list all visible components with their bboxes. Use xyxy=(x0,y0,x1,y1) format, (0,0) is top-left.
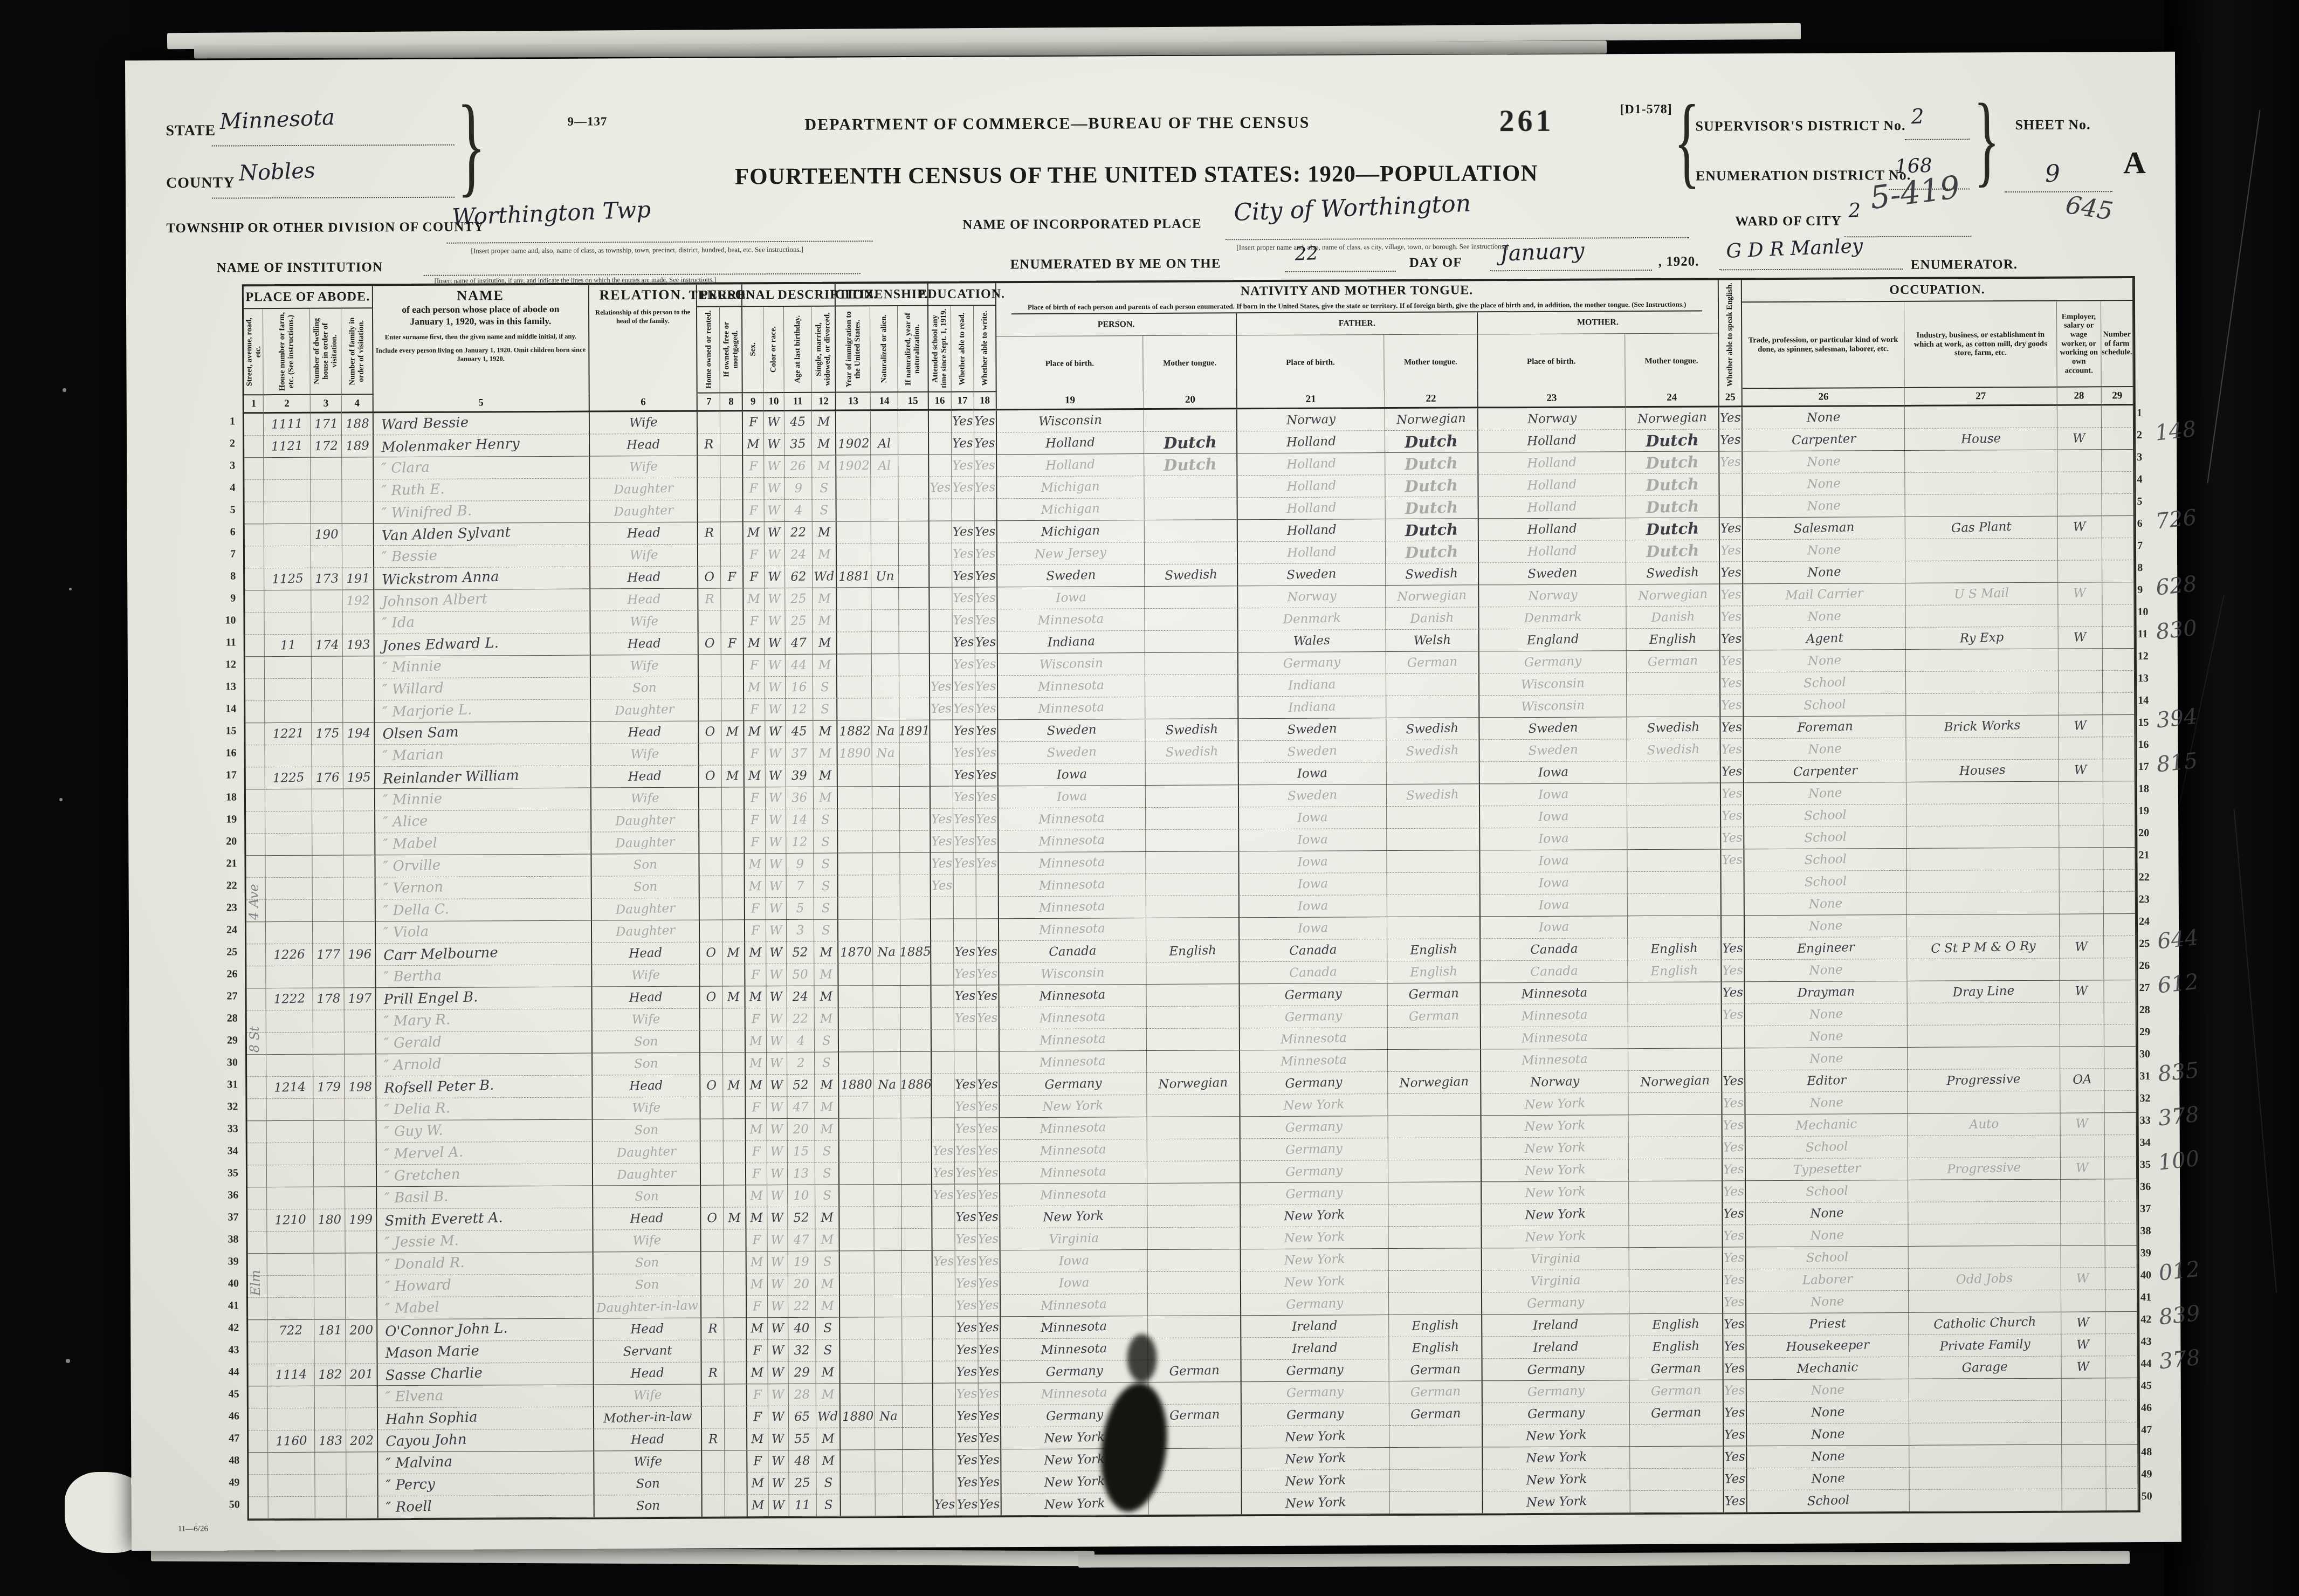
census-cell: W xyxy=(768,1384,788,1406)
census-cell: Yes xyxy=(1720,672,1744,694)
cell-text: Dutch xyxy=(1646,519,1699,539)
census-cell: Yes xyxy=(956,1494,979,1516)
census-cell: Holland xyxy=(1237,431,1385,453)
cell-text: 52 xyxy=(793,1078,809,1092)
cell-text: 25 xyxy=(790,591,807,606)
cell-text: Minnesota xyxy=(1041,1386,1107,1402)
census-cell: Yes xyxy=(976,808,999,830)
cell-text: ″ Winifred B. xyxy=(381,503,472,521)
cell-text: Yes xyxy=(1722,853,1743,868)
cell-text: M xyxy=(727,946,740,960)
county-value: Nobles xyxy=(238,158,315,186)
census-cell: Yes xyxy=(978,1272,1000,1295)
census-cell xyxy=(313,900,345,922)
census-cell: S xyxy=(815,1030,839,1052)
cell-text: Yes xyxy=(978,1144,999,1158)
census-cell: S xyxy=(815,1251,840,1274)
census-cell: New York xyxy=(1242,1426,1389,1448)
cell-text: ″ Percy xyxy=(386,1476,435,1494)
cell-text: Garage xyxy=(1962,1360,2008,1375)
census-cell xyxy=(267,1187,314,1209)
group-desc: January 1, 1920, was in this family. xyxy=(410,315,551,328)
census-cell: 200 xyxy=(346,1319,378,1342)
cell-text: ″ Orville xyxy=(383,857,441,875)
census-cell: ″ Mabel xyxy=(377,1297,594,1320)
cell-text: M xyxy=(817,547,830,562)
cell-text: Norwegian xyxy=(1637,410,1707,426)
census-cell: M xyxy=(746,1119,767,1141)
census-cell: F xyxy=(721,566,744,588)
census-cell xyxy=(1388,1226,1482,1249)
cell-text: Yes xyxy=(956,1475,978,1490)
census-cell: German xyxy=(1389,1381,1482,1404)
census-cell xyxy=(269,1453,315,1475)
cell-text: Welsh xyxy=(1413,633,1451,648)
census-cell xyxy=(838,919,873,941)
census-cell: Yes xyxy=(953,653,975,676)
census-cell: O xyxy=(699,765,722,787)
cell-text: Wisconsin xyxy=(1038,413,1102,429)
census-cell: W xyxy=(766,876,786,898)
census-cell: Head xyxy=(594,1363,702,1385)
census-cell: C St P M & O Ry xyxy=(1907,937,2060,959)
row-number-left: 19 xyxy=(212,813,237,825)
cell-text: Yes xyxy=(974,414,995,429)
cell-text: W xyxy=(769,924,782,938)
cell-text: Germany xyxy=(1285,1075,1343,1091)
census-cell: Dutch xyxy=(1385,452,1478,475)
census-cell xyxy=(725,1362,747,1384)
census-cell xyxy=(900,919,931,941)
cell-text: Yes xyxy=(979,1365,1000,1379)
census-cell xyxy=(312,745,344,767)
census-cell xyxy=(1628,982,1722,1005)
census-cell xyxy=(1145,652,1238,675)
census-cell xyxy=(875,1384,903,1406)
census-cell: Al xyxy=(871,433,898,455)
cell-text: 13 xyxy=(793,1166,809,1181)
census-cell: M xyxy=(813,721,838,743)
census-cell xyxy=(2059,693,2103,715)
census-cell xyxy=(346,1253,377,1275)
census-cell: W xyxy=(766,1030,787,1052)
census-cell: M xyxy=(747,1274,767,1296)
cell-text: German xyxy=(1408,1008,1459,1024)
cell-text: Germany xyxy=(1286,1385,1344,1400)
cell-text: Head xyxy=(628,725,662,740)
cell-text: Yes xyxy=(1721,720,1742,735)
cell-text: None xyxy=(1809,919,1843,934)
cell-text: Yes xyxy=(976,967,997,981)
cell-text: M xyxy=(821,1299,834,1313)
census-cell: Indiana xyxy=(997,631,1145,653)
census-cell: 20 xyxy=(788,1274,816,1296)
cell-text: German xyxy=(1408,986,1459,1002)
nativity-subgroup: MOTHER.Place of birth.Mother tongue. xyxy=(1478,311,1718,390)
census-cell: 26 xyxy=(784,456,812,478)
census-cell: Holland xyxy=(1238,519,1386,542)
census-cell: Yes xyxy=(1723,1181,1746,1203)
cell-text: M xyxy=(820,1100,833,1115)
census-cell: 183 xyxy=(315,1430,347,1453)
row-number-left: 17 xyxy=(212,769,237,781)
census-cell: Swedish xyxy=(1386,563,1479,586)
census-cell: Yes xyxy=(955,1361,978,1383)
census-cell: None xyxy=(1745,1003,1908,1026)
census-cell xyxy=(311,480,342,502)
census-cell xyxy=(1629,1115,1722,1137)
cell-text: R xyxy=(705,526,714,540)
census-cell: Yes xyxy=(932,1140,955,1162)
cell-text: Holland xyxy=(1286,478,1337,494)
census-cell xyxy=(872,610,899,632)
census-cell: Germany xyxy=(1483,1380,1630,1403)
cell-text: Yes xyxy=(954,856,975,871)
census-cell xyxy=(698,544,721,566)
census-cell: W xyxy=(765,632,785,655)
cell-text: Ireland xyxy=(1292,1340,1338,1356)
rule xyxy=(446,240,872,243)
cell-text: None xyxy=(1811,1405,1845,1420)
census-cell xyxy=(701,1296,724,1318)
census-cell xyxy=(1145,542,1238,565)
census-cell: Wisconsin xyxy=(1479,695,1627,718)
cell-text: School xyxy=(1806,1184,1848,1199)
census-cell xyxy=(933,1317,955,1339)
cell-text: Holland xyxy=(1286,500,1337,516)
census-cell xyxy=(1388,1204,1482,1227)
cell-text: 201 xyxy=(349,1367,374,1382)
street-name-note: Elm xyxy=(247,1185,263,1296)
census-cell: Editor xyxy=(1746,1070,1908,1092)
column-label-text: House number or farm, etc. (See instruct… xyxy=(278,311,295,393)
cell-text: Carr Melbourne xyxy=(383,945,498,964)
row-number-right: 26 xyxy=(2139,960,2164,972)
census-cell xyxy=(872,698,899,720)
cell-text: Wisconsin xyxy=(1521,676,1585,692)
cell-text: 182 xyxy=(318,1367,342,1382)
cell-text: Typesetter xyxy=(1793,1161,1861,1178)
census-cell: Iowa xyxy=(1240,851,1387,873)
census-cell xyxy=(976,897,999,919)
census-cell xyxy=(345,1165,377,1187)
census-cell: S xyxy=(816,1340,841,1362)
census-cell: Smith Everett A. xyxy=(377,1208,593,1232)
cell-text: Germany xyxy=(1045,1364,1103,1379)
cell-text: W xyxy=(768,725,781,739)
row-number-left: 34 xyxy=(214,1145,238,1157)
census-cell xyxy=(700,1008,723,1030)
census-cell: Yes xyxy=(977,1118,1000,1140)
census-cell: Indiana xyxy=(1238,696,1386,719)
cell-text: Dutch xyxy=(1646,474,1699,494)
cell-text: F xyxy=(752,1233,761,1247)
row-number-left: 32 xyxy=(213,1100,238,1113)
census-cell: Swedish xyxy=(1626,562,1719,584)
census-cell xyxy=(1387,917,1481,939)
census-cell: Holland xyxy=(1478,474,1626,497)
cell-text: Minnesota xyxy=(1039,899,1105,916)
cell-text: German xyxy=(1169,1407,1220,1423)
cell-text: None xyxy=(1808,786,1842,801)
census-cell: M xyxy=(813,610,837,632)
row-number-right: 36 xyxy=(2140,1181,2165,1193)
cell-text: None xyxy=(1807,565,1841,580)
cell-text: S xyxy=(820,503,829,517)
census-cell: W xyxy=(2061,1157,2105,1179)
cell-text: Sweden xyxy=(1286,567,1337,582)
census-cell: 47 xyxy=(787,1097,815,1119)
census-cell xyxy=(974,499,997,521)
census-cell xyxy=(342,546,374,568)
cell-text: Iowa xyxy=(1298,921,1329,936)
column-label-text: Street, avenue, road, etc. xyxy=(245,311,263,393)
census-cell: Son xyxy=(594,1473,703,1496)
cell-text: German xyxy=(1651,1383,1702,1399)
census-cell: Yes xyxy=(952,521,974,543)
census-cell: Dutch xyxy=(1626,451,1719,474)
census-cell: S xyxy=(815,1141,840,1163)
cell-text: Na xyxy=(876,724,895,739)
census-cell xyxy=(1906,693,2059,716)
group-title: RELATION. xyxy=(599,287,686,304)
census-cell xyxy=(930,654,953,676)
census-cell xyxy=(2103,870,2136,892)
census-cell: M xyxy=(722,721,745,743)
census-cell xyxy=(2061,1290,2105,1312)
cell-text: Wickstrom Anna xyxy=(382,569,499,588)
cell-text: C St P M & O Ry xyxy=(1930,939,2035,956)
census-cell xyxy=(900,742,931,765)
cell-text: Yes xyxy=(1722,765,1743,779)
cell-text: None xyxy=(1810,1228,1844,1243)
cell-text: Germany xyxy=(1527,1384,1585,1399)
census-cell xyxy=(1147,1139,1241,1161)
census-cell xyxy=(931,941,954,964)
census-cell xyxy=(2102,627,2135,649)
cell-text: Canada xyxy=(1049,944,1097,959)
census-cell: M xyxy=(746,1185,767,1207)
census-cell xyxy=(1146,873,1240,896)
census-cell xyxy=(903,1339,933,1361)
census-cell xyxy=(837,676,872,698)
census-cell: None xyxy=(1745,915,1907,938)
cell-text: W xyxy=(767,459,780,474)
cell-text: Iowa xyxy=(1058,1254,1089,1269)
census-cell: Daughter xyxy=(592,898,700,921)
census-cell xyxy=(315,1408,347,1430)
census-cell xyxy=(721,522,744,544)
census-cell xyxy=(876,1494,903,1516)
cell-text: Daughter xyxy=(617,1167,677,1182)
cell-text: F xyxy=(749,658,759,672)
census-cell xyxy=(344,899,376,921)
cell-text: Van Alden Sylvant xyxy=(381,524,511,544)
census-cell xyxy=(1629,1203,1723,1226)
census-cell: W xyxy=(764,522,784,544)
cell-text: Indiana xyxy=(1047,634,1095,650)
cell-text: 22 xyxy=(794,1299,810,1313)
row-number-left: 9 xyxy=(211,592,236,604)
census-cell xyxy=(1907,870,2060,893)
census-cell: 1890 xyxy=(838,742,872,765)
cell-text: R xyxy=(704,437,714,451)
census-cell: M xyxy=(747,1318,767,1340)
census-cell xyxy=(931,986,954,1008)
cell-text: W xyxy=(771,1277,784,1292)
census-cell xyxy=(838,765,872,787)
cell-text: 1885 xyxy=(899,945,931,960)
census-cell xyxy=(1388,1093,1481,1116)
cell-text: Holland xyxy=(1286,434,1336,450)
sheet-no-value: 9 xyxy=(2045,160,2061,188)
census-cell: S xyxy=(812,478,837,500)
column-number: 24 xyxy=(1626,389,1719,408)
census-cell: Holland xyxy=(1238,497,1386,520)
census-cell xyxy=(1719,473,1743,496)
census-cell xyxy=(346,1386,378,1408)
cell-text: 19 xyxy=(794,1255,810,1269)
census-cell: W xyxy=(765,743,786,765)
cell-text: New York xyxy=(1524,1118,1585,1134)
census-cell xyxy=(2103,715,2135,737)
census-cell xyxy=(2103,803,2136,825)
census-cell xyxy=(871,499,899,521)
enumerated-label: ENUMERATED BY ME ON THE xyxy=(1010,256,1221,272)
census-cell xyxy=(725,1450,748,1473)
census-cell: 1902 xyxy=(836,433,871,455)
census-cell: M xyxy=(744,588,765,610)
census-cell: S xyxy=(814,809,838,831)
cell-text: F xyxy=(749,570,759,584)
census-cell xyxy=(265,701,312,723)
cell-text: W xyxy=(772,1410,784,1425)
cell-text: Holland xyxy=(1527,499,1578,515)
census-cell: Minnesota xyxy=(997,609,1145,631)
census-cell: S xyxy=(815,1163,840,1185)
census-cell: Holland xyxy=(1479,540,1627,563)
census-cell: Yes xyxy=(929,477,952,499)
census-cell xyxy=(2061,1223,2105,1246)
cell-text: W xyxy=(768,703,781,717)
pencil-note: 012 xyxy=(2158,1257,2201,1286)
census-cell: Yes xyxy=(1723,1225,1746,1247)
brace: } xyxy=(457,80,486,210)
census-cell: 1885 xyxy=(900,941,931,964)
cell-text: None xyxy=(1809,1029,1843,1044)
census-cell: Virginia xyxy=(1482,1270,1630,1292)
cell-text: M xyxy=(748,680,761,695)
census-cell: R xyxy=(702,1318,725,1340)
census-cell: Wisconsin xyxy=(999,962,1147,985)
cell-text: Head xyxy=(627,592,661,607)
census-cell xyxy=(2060,1002,2104,1024)
cell-text: S xyxy=(821,901,830,915)
census-cell xyxy=(2104,1024,2137,1047)
year-label: , 1920. xyxy=(1658,254,1699,270)
subgroup-label: Mother tongue. xyxy=(1143,335,1236,391)
cell-text: Head xyxy=(629,990,663,1005)
cell-text: F xyxy=(751,1012,760,1026)
census-cell xyxy=(2105,1312,2138,1334)
census-cell: W xyxy=(766,920,786,942)
census-cell xyxy=(2062,1467,2106,1489)
census-cell xyxy=(933,1273,955,1295)
census-cell: German xyxy=(1630,1358,1723,1380)
cell-text: 4 xyxy=(794,504,802,518)
cell-text: Yes xyxy=(975,613,996,628)
census-cell: W xyxy=(766,986,787,1008)
census-cell xyxy=(903,1406,933,1428)
census-cell xyxy=(345,1010,376,1032)
census-cell xyxy=(314,1298,346,1320)
cell-text: Yes xyxy=(931,679,952,694)
cell-text: 1111 xyxy=(271,417,303,432)
census-cell xyxy=(1147,1095,1240,1117)
census-cell xyxy=(312,679,343,701)
census-cell xyxy=(837,654,872,676)
cell-text: Laborer xyxy=(1802,1272,1853,1288)
census-cell xyxy=(839,964,873,986)
cell-text: Iowa xyxy=(1539,898,1570,913)
census-cell xyxy=(725,1473,748,1495)
census-cell xyxy=(347,1496,378,1518)
census-cell xyxy=(342,479,374,501)
column-label: Number of farm schedule. xyxy=(2101,301,2134,387)
census-cell: Yes xyxy=(979,1427,1001,1449)
census-cell xyxy=(874,1140,901,1162)
census-cell: ″ Bertha xyxy=(376,965,592,988)
cell-text: M xyxy=(727,1078,740,1093)
census-cell: Minnesota xyxy=(999,1029,1147,1051)
census-cell xyxy=(344,833,376,855)
cell-text: Yes xyxy=(953,701,974,716)
cell-text: Na xyxy=(878,1078,897,1092)
census-cell xyxy=(701,1185,724,1207)
census-cell: W xyxy=(767,1119,787,1141)
column-label: Industry, business, or establishment in … xyxy=(1904,301,2057,388)
census-cell: W xyxy=(768,1450,789,1473)
census-cell: New York xyxy=(1483,1469,1630,1491)
census-cell xyxy=(246,944,266,966)
row-number-right: 46 xyxy=(2141,1402,2166,1414)
census-cell: F xyxy=(744,566,764,588)
census-cell xyxy=(722,743,745,765)
cell-text: English xyxy=(1411,1318,1458,1333)
column-number: 2 xyxy=(264,395,311,414)
column-label-text: Whether able to write. xyxy=(980,311,989,386)
cell-text: Swedish xyxy=(1647,720,1699,735)
census-cell xyxy=(976,875,999,897)
census-cell: 24 xyxy=(787,986,814,1008)
census-cell xyxy=(1147,1161,1241,1184)
census-cell: S xyxy=(813,699,838,721)
census-cell: Salesman xyxy=(1743,517,1905,540)
cell-text: Yes xyxy=(977,1099,998,1114)
census-cell: Johnson Albert xyxy=(374,589,590,613)
census-cell: 45 xyxy=(786,721,813,743)
census-cell xyxy=(2059,737,2103,759)
cell-text: 196 xyxy=(347,947,371,962)
census-cell xyxy=(342,457,374,479)
census-cell: Swedish xyxy=(1386,740,1479,762)
cell-text: English xyxy=(1409,942,1457,958)
cell-text: Iowa xyxy=(1297,855,1328,870)
cell-text: Iowa xyxy=(1538,787,1569,802)
census-cell: 1111 xyxy=(264,414,311,436)
cell-text: M xyxy=(751,1366,763,1380)
census-cell: Holland xyxy=(1237,453,1385,476)
